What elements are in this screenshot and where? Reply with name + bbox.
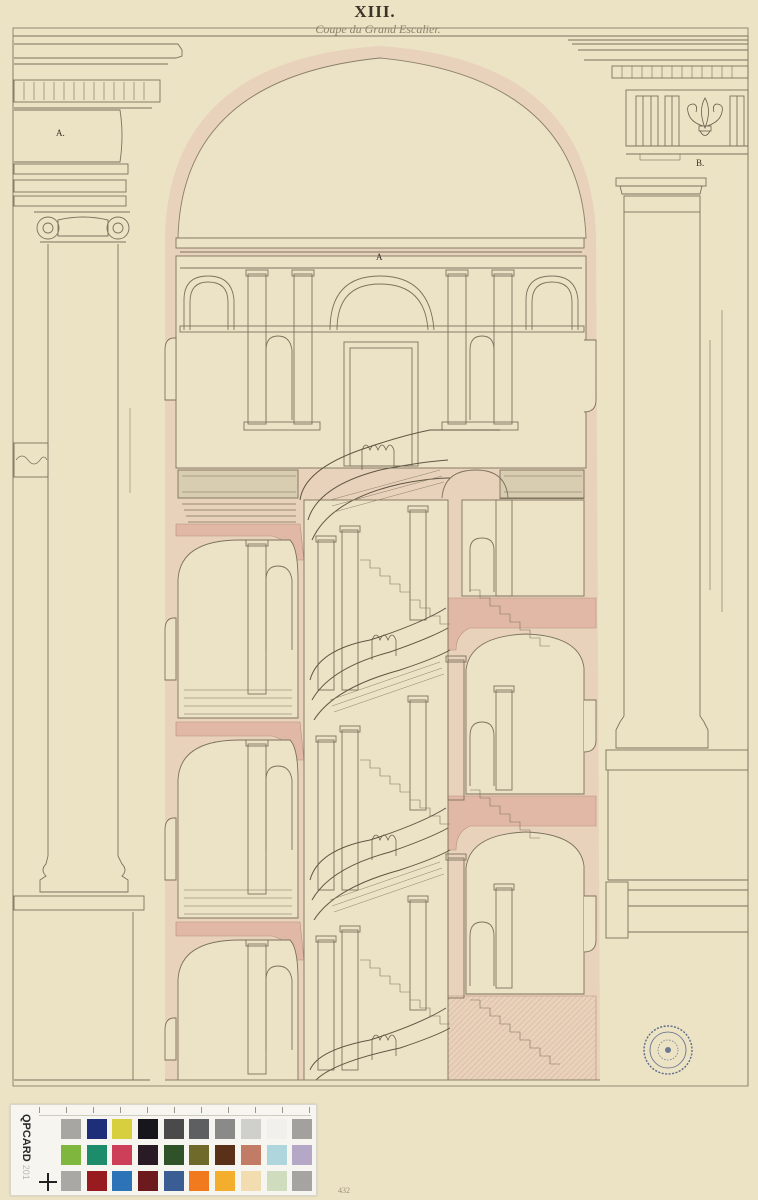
right-chambers bbox=[462, 500, 584, 994]
color-swatch bbox=[215, 1119, 235, 1139]
color-swatch bbox=[61, 1119, 81, 1139]
cc-ruler bbox=[39, 1107, 311, 1116]
cc-model: 201 bbox=[21, 1165, 31, 1180]
color-swatch bbox=[267, 1119, 287, 1139]
color-swatch bbox=[292, 1119, 312, 1139]
color-swatch bbox=[112, 1119, 132, 1139]
left-chambers bbox=[178, 540, 298, 1080]
plate-title: Coupe du Grand Escalier. bbox=[268, 22, 488, 37]
color-swatch bbox=[87, 1119, 107, 1139]
color-swatch bbox=[241, 1145, 261, 1165]
color-swatch bbox=[164, 1145, 184, 1165]
color-swatch bbox=[112, 1145, 132, 1165]
color-swatch bbox=[241, 1119, 261, 1139]
color-swatch bbox=[87, 1145, 107, 1165]
color-swatch bbox=[138, 1171, 158, 1191]
color-swatch bbox=[112, 1171, 132, 1191]
color-swatch bbox=[164, 1119, 184, 1139]
label-right-entablature: B. bbox=[696, 158, 704, 168]
folio-mark: 432 bbox=[338, 1186, 350, 1195]
color-swatch bbox=[292, 1145, 312, 1165]
label-left-entablature: A. bbox=[56, 128, 65, 138]
color-swatch bbox=[61, 1171, 81, 1191]
label-central-cornice: A bbox=[376, 252, 383, 262]
color-swatch bbox=[215, 1145, 235, 1165]
qpcard-logo: QPCARD 201 bbox=[13, 1113, 37, 1193]
color-swatch bbox=[215, 1171, 235, 1191]
color-swatch-grid bbox=[61, 1119, 312, 1191]
library-stamp bbox=[644, 1026, 692, 1074]
plate-number: XIII. bbox=[345, 2, 405, 22]
color-calibration-card: QPCARD 201 bbox=[10, 1104, 317, 1196]
color-swatch bbox=[189, 1119, 209, 1139]
left-ionic-column bbox=[13, 40, 182, 1080]
color-swatch bbox=[267, 1145, 287, 1165]
crosshair-icon bbox=[39, 1173, 57, 1191]
fleur-de-lis-ornament bbox=[688, 98, 723, 136]
architectural-section-drawing bbox=[0, 0, 758, 1200]
color-swatch bbox=[138, 1119, 158, 1139]
color-swatch bbox=[241, 1171, 261, 1191]
color-swatch bbox=[189, 1171, 209, 1191]
central-stair-section bbox=[165, 46, 600, 1080]
color-swatch bbox=[267, 1171, 287, 1191]
color-swatch bbox=[189, 1145, 209, 1165]
color-swatch bbox=[138, 1145, 158, 1165]
color-swatch bbox=[292, 1171, 312, 1191]
color-swatch bbox=[61, 1145, 81, 1165]
cc-brand-rest: CARD bbox=[20, 1130, 32, 1162]
cc-brand: QP bbox=[20, 1114, 32, 1130]
color-swatch bbox=[87, 1171, 107, 1191]
color-swatch bbox=[164, 1171, 184, 1191]
